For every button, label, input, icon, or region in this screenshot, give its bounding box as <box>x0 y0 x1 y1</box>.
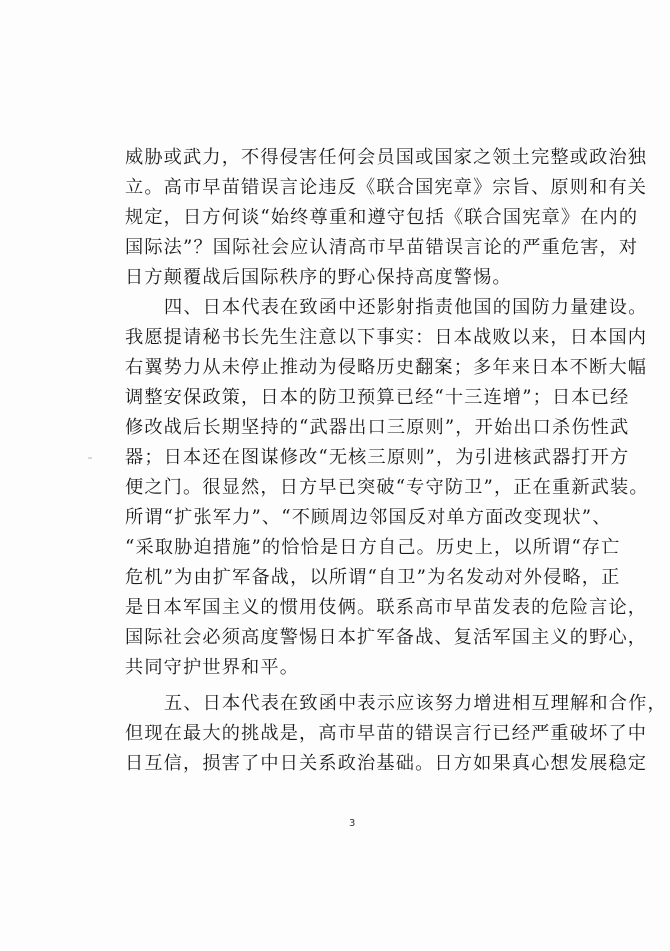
text-line: 是日本军国主义的惯用伎俩。联系高市早苗发表的危险言论， <box>125 593 575 623</box>
paragraph-heading-line: 四、日本代表在致函中还影射指责他国的国防力量建设。 <box>125 293 575 323</box>
text-line: 但现在最大的挑战是，高市早苗的错误言行已经严重破坏了中 <box>125 719 575 749</box>
page-number: 3 <box>349 818 355 829</box>
text-line: 规定，日方何谈“始终尊重和遵守包括《联合国宪章》在内的 <box>125 203 575 233</box>
text-line: 威胁或武力，不得侵害任何会员国或国家之领土完整或政治独 <box>125 143 575 173</box>
text-line: 便之门。很显然，日方早已突破“专守防卫”，正在重新武装。 <box>125 473 575 503</box>
text-line: 我愿提请秘书长先生注意以下事实：日本战败以来，日本国内 <box>125 323 575 353</box>
text-line: 国际社会必须高度警惕日本扩军备战、复活军国主义的野心， <box>125 623 575 653</box>
text-line: 危机”为由扩军备战，以所谓“自卫”为名发动对外侵略，正 <box>125 563 575 593</box>
text-line: 立。高市早苗错误言论违反《联合国宪章》宗旨、原则和有关 <box>125 173 575 203</box>
document-page: 威胁或武力，不得侵害任何会员国或国家之领土完整或政治独 立。高市早苗错误言论违反… <box>0 0 670 951</box>
text-line: 日方颠覆战后国际秩序的野心保持高度警惕。 <box>125 263 575 293</box>
text-line: 调整安保政策，日本的防卫预算已经“十三连增”；日本已经 <box>125 383 575 413</box>
text-line: 所谓“扩张军力”、“不顾周边邻国反对单方面改变现状”、 <box>125 503 575 533</box>
text-line: 共同守护世界和平。 <box>125 653 575 683</box>
paragraph-heading-line: 五、日本代表在致函中表示应该努力增进相互理解和合作， <box>125 689 575 719</box>
text-line: 国际法”？国际社会应认清高市早苗错误言论的严重危害，对 <box>125 233 575 263</box>
document-body: 威胁或武力，不得侵害任何会员国或国家之领土完整或政治独 立。高市早苗错误言论违反… <box>125 143 575 779</box>
text-line: 器；日本还在图谋修改“无核三原则”，为引进核武器打开方 <box>125 443 575 473</box>
text-line: 右翼势力从未停止推动为侵略历史翻案；多年来日本不断大幅 <box>125 353 575 383</box>
text-line: 修改战后长期坚持的“武器出口三原则”，开始出口杀伤性武 <box>125 413 575 443</box>
paragraph-section-4: 四、日本代表在致函中还影射指责他国的国防力量建设。 我愿提请秘书长先生注意以下事… <box>125 293 575 683</box>
text-line: “采取胁迫措施”的恰恰是日方自己。历史上，以所谓“存亡 <box>125 533 575 563</box>
scan-artifact-mark <box>88 457 92 459</box>
paragraph-section-5: 五、日本代表在致函中表示应该努力增进相互理解和合作， 但现在最大的挑战是，高市早… <box>125 689 575 779</box>
paragraph-continuation: 威胁或武力，不得侵害任何会员国或国家之领土完整或政治独 立。高市早苗错误言论违反… <box>125 143 575 293</box>
text-line: 日互信，损害了中日关系政治基础。日方如果真心想发展稳定 <box>125 749 575 779</box>
